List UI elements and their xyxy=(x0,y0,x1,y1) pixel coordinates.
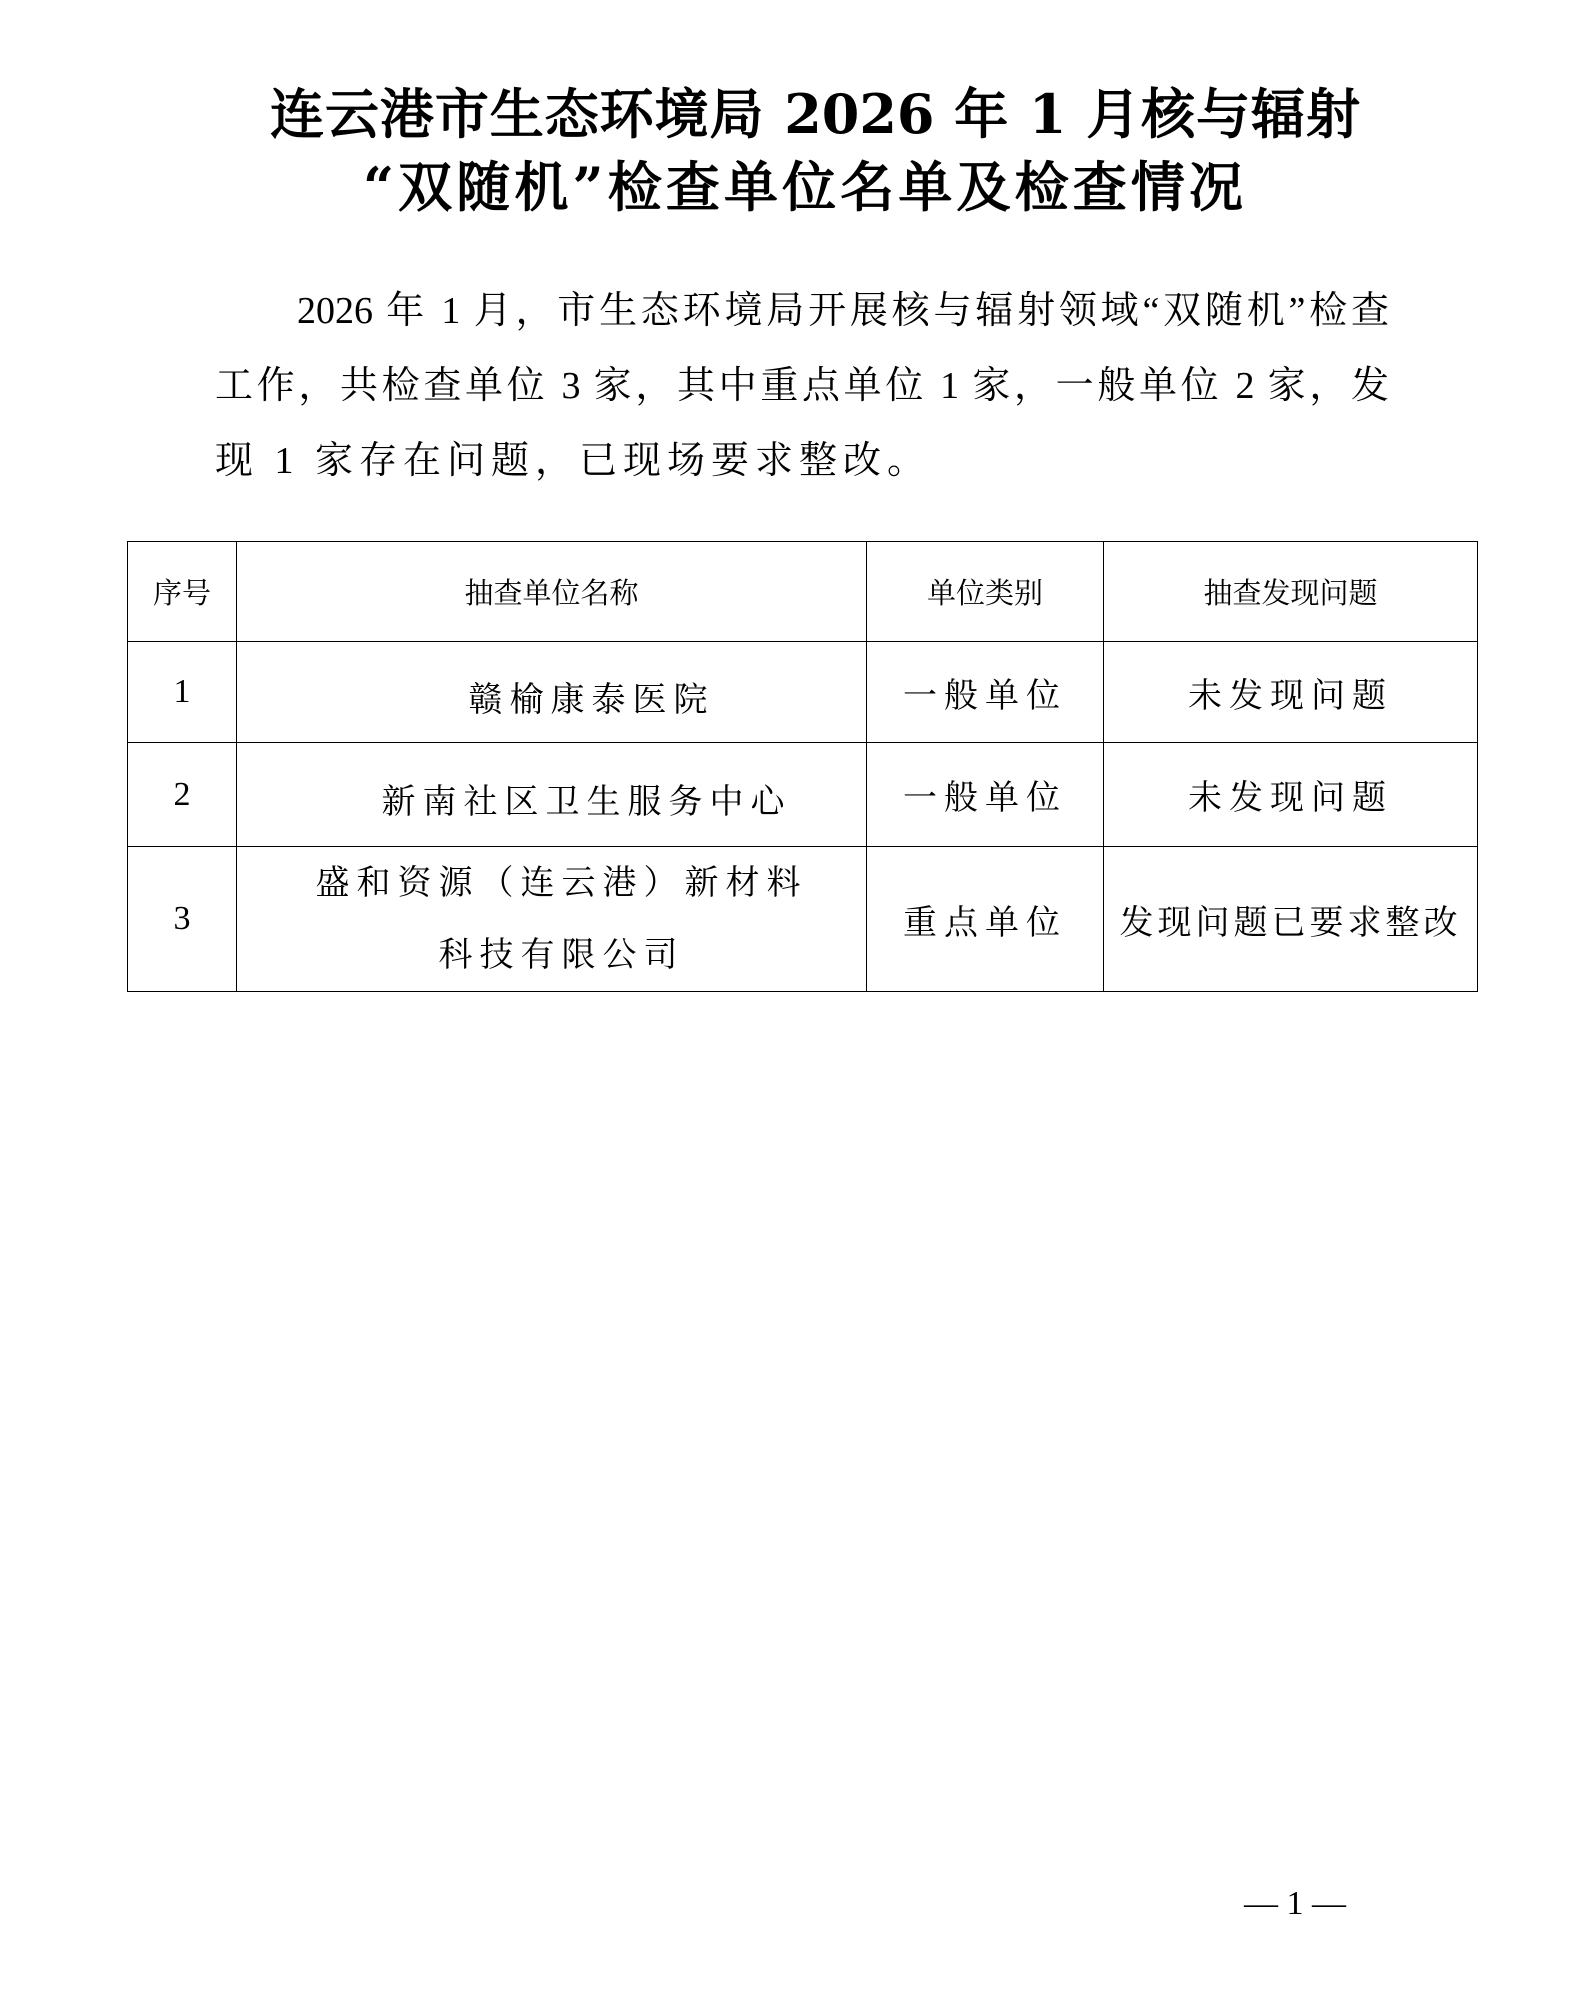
document-title-line-2: “双随机”检查单位名单及检查情况 xyxy=(363,157,1243,217)
row-unit-name: 盛和资源（连云港）新材料 科技有限公司 xyxy=(237,847,867,992)
unit-name-line-1: 盛和资源（连云港）新材料 xyxy=(316,847,808,919)
row-findings: 发现问题已要求整改 xyxy=(1104,847,1478,992)
table-row: 3 盛和资源（连云港）新材料 科技有限公司 重点单位 发现问题已要求整改 xyxy=(128,847,1478,992)
header-unit-category: 单位类别 xyxy=(867,542,1104,642)
row-findings: 未发现问题 xyxy=(1104,642,1478,743)
row-index: 2 xyxy=(128,743,237,847)
table-row: 2 新南社区卫生服务中心 一般单位 未发现问题 xyxy=(128,743,1478,847)
summary-paragraph-line-3: 现 1 家存在问题，已现场要求整改。 xyxy=(215,439,931,483)
table-header-row: 序号 抽查单位名称 单位类别 抽查发现问题 xyxy=(128,542,1478,642)
row-unit-name: 赣榆康泰医院 xyxy=(237,642,867,743)
unit-name-text: 新南社区卫生服务中心 xyxy=(312,766,792,823)
row-unit-category: 一般单位 xyxy=(867,642,1104,743)
row-unit-category: 一般单位 xyxy=(867,743,1104,847)
row-index: 1 xyxy=(128,642,237,743)
table-row: 1 赣榆康泰医院 一般单位 未发现问题 xyxy=(128,642,1478,743)
row-index: 3 xyxy=(128,847,237,992)
inspection-table: 序号 抽查单位名称 单位类别 抽查发现问题 1 赣榆康泰医院 一般单位 未发现问… xyxy=(127,541,1478,992)
row-unit-name: 新南社区卫生服务中心 xyxy=(237,743,867,847)
page-number: — 1 — xyxy=(1240,1885,1350,1923)
document-page: 连云港市生态环境局 2026 年 1 月核与辐射 “双随机”检查单位名单及检查情… xyxy=(0,0,1587,1998)
summary-paragraph-line-1: 2026 年 1 月，市生态环境局开展核与辐射领域“双随机”检查 xyxy=(297,289,1389,333)
unit-name-text: 赣榆康泰医院 xyxy=(389,664,715,721)
unit-name-line-2: 科技有限公司 xyxy=(316,919,808,991)
summary-paragraph-line-2: 工作，共检查单位 3 家，其中重点单位 1 家，一般单位 2 家，发 xyxy=(215,364,1389,408)
header-findings: 抽查发现问题 xyxy=(1104,542,1478,642)
row-findings: 未发现问题 xyxy=(1104,743,1478,847)
header-index: 序号 xyxy=(128,542,237,642)
document-title-line-1: 连云港市生态环境局 2026 年 1 月核与辐射 xyxy=(270,84,1360,144)
row-unit-category: 重点单位 xyxy=(867,847,1104,992)
header-unit-name: 抽查单位名称 xyxy=(237,542,867,642)
unit-name-text: 盛和资源（连云港）新材料 科技有限公司 xyxy=(296,847,808,991)
